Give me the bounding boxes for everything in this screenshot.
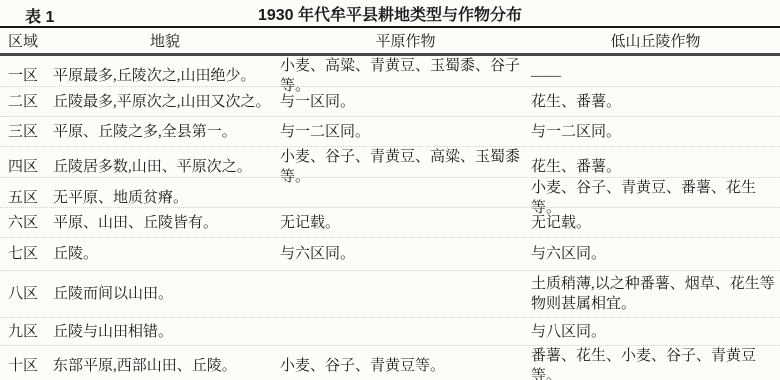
region-cell: 三区	[0, 122, 50, 142]
landform-cell: 丘陵居多数,山田、平原次之。	[50, 157, 280, 177]
table-row: 一区平原最多,丘陵次之,山田绝少。小麦、高粱、青黄豆、玉蜀黍、谷子等。——	[0, 56, 780, 86]
landform-cell: 丘陵与山田相错。	[50, 322, 280, 342]
region-cell: 十区	[0, 356, 50, 376]
table-number-label: 表 1	[25, 4, 54, 27]
plain-crops-cell: 小麦、高粱、青黄豆、玉蜀黍、谷子等。	[280, 56, 531, 96]
landform-cell: 丘陵。	[50, 244, 280, 264]
header-hill-crops: 低山丘陵作物	[531, 30, 780, 51]
scanned-table-page: 表 1 1930 年代牟平县耕地类型与作物分布 区域 地貌 平原作物 低山丘陵作…	[0, 0, 780, 380]
plain-crops-cell: 无记载。	[280, 213, 531, 233]
hill-crops-cell: 花生、番薯。	[531, 157, 780, 177]
table-row: 四区丘陵居多数,山田、平原次之。小麦、谷子、青黄豆、高粱、玉蜀黍等。花生、番薯。	[0, 146, 780, 177]
hill-crops-cell: 与六区同。	[531, 244, 780, 264]
table-row: 七区丘陵。与六区同。与六区同。	[0, 237, 780, 270]
hill-crops-cell: 番薯、花生、小麦、谷子、青黄豆等。	[531, 346, 780, 380]
table-caption: 表 1 1930 年代牟平县耕地类型与作物分布	[0, 0, 780, 28]
hill-crops-cell: 与一二区同。	[531, 122, 780, 142]
plain-crops-cell: 与一二区同。	[280, 122, 531, 142]
landform-cell: 平原、丘陵之多,全县第一。	[50, 122, 280, 142]
plain-crops-cell: 小麦、谷子、青黄豆等。	[280, 356, 531, 376]
landform-cell: 平原、山田、丘陵皆有。	[50, 213, 280, 233]
header-region: 区域	[0, 30, 50, 51]
region-cell: 九区	[0, 322, 50, 342]
region-cell: 五区	[0, 188, 50, 208]
landform-cell: 丘陵最多,平原次之,山田又次之。	[50, 92, 280, 112]
plain-crops-cell: 小麦、谷子、青黄豆、高粱、玉蜀黍等。	[280, 147, 531, 187]
hill-crops-cell: 无记载。	[531, 213, 780, 233]
table-header-row: 区域 地貌 平原作物 低山丘陵作物	[0, 28, 780, 56]
region-cell: 一区	[0, 66, 50, 86]
page-title: 1930 年代牟平县耕地类型与作物分布	[258, 2, 522, 25]
table-row: 十区东部平原,西部山田、丘陵。小麦、谷子、青黄豆等。番薯、花生、小麦、谷子、青黄…	[0, 345, 780, 380]
landform-cell: 平原最多,丘陵次之,山田绝少。	[50, 66, 280, 86]
hill-crops-cell: 土质稍薄,以之种番薯、烟草、花生等物则甚属相宜。	[531, 274, 780, 314]
hill-crops-cell: 与八区同。	[531, 322, 780, 342]
hill-crops-cell: 花生、番薯。	[531, 92, 780, 112]
table-row: 八区丘陵而间以山田。土质稍薄,以之种番薯、烟草、花生等物则甚属相宜。	[0, 270, 780, 317]
table-row: 三区平原、丘陵之多,全县第一。与一二区同。与一二区同。	[0, 116, 780, 146]
landform-cell: 东部平原,西部山田、丘陵。	[50, 356, 280, 376]
table-body: 一区平原最多,丘陵次之,山田绝少。小麦、高粱、青黄豆、玉蜀黍、谷子等。——二区丘…	[0, 56, 780, 380]
landform-cell: 无平原、地质贫瘠。	[50, 188, 280, 208]
table-row: 九区丘陵与山田相错。与八区同。	[0, 317, 780, 345]
plain-crops-cell: 与一区同。	[280, 92, 531, 112]
region-cell: 二区	[0, 92, 50, 112]
region-cell: 八区	[0, 284, 50, 304]
region-cell: 六区	[0, 213, 50, 233]
region-cell: 七区	[0, 244, 50, 264]
landform-cell: 丘陵而间以山田。	[50, 284, 280, 304]
plain-crops-cell: 与六区同。	[280, 244, 531, 264]
region-cell: 四区	[0, 157, 50, 177]
header-plain-crops: 平原作物	[280, 30, 531, 51]
hill-crops-cell: ——	[531, 66, 780, 86]
header-landform: 地貌	[50, 30, 280, 51]
